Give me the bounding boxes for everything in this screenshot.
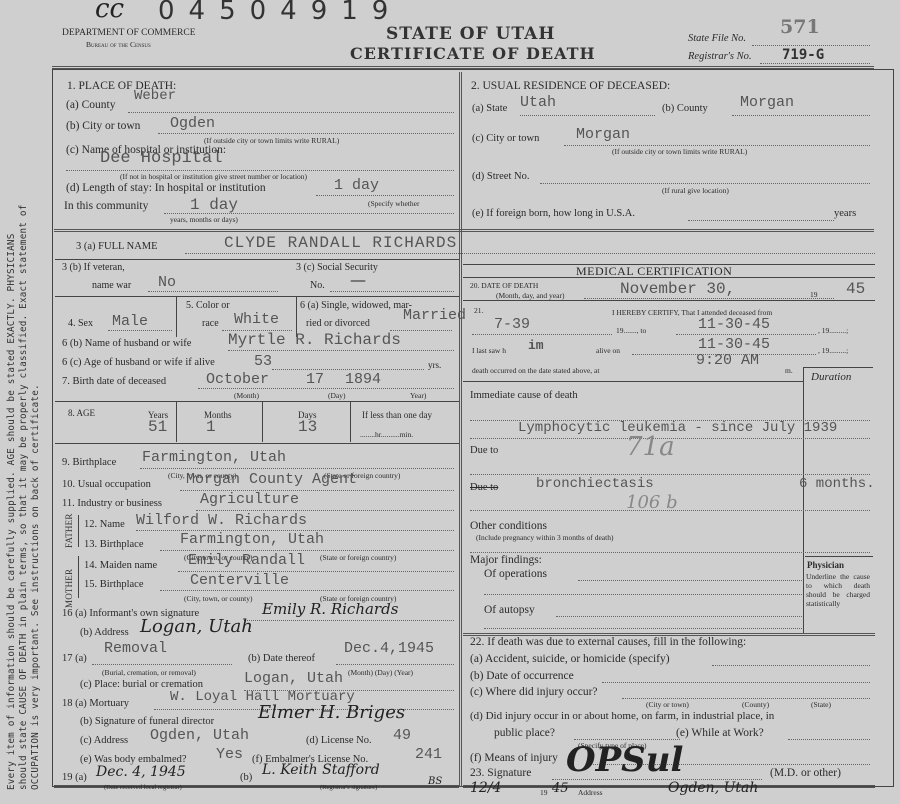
father-bracket xyxy=(78,515,79,547)
hr-min: ........hr..........min. xyxy=(360,430,413,439)
accident-label: (a) Accident, suicide, or homicide (spec… xyxy=(470,653,670,665)
registrar-line xyxy=(760,63,870,64)
vrule-duration xyxy=(803,367,804,633)
physician-box-text: Underline the cause to which death shoul… xyxy=(806,572,870,608)
alive-on-label: alive on xyxy=(596,346,620,355)
color-label: 5. Color or xyxy=(186,300,230,311)
handwritten-ref: cc xyxy=(95,0,124,24)
spouse-age-line xyxy=(272,369,424,370)
rule-duration-top xyxy=(803,367,873,368)
injury-where-label: (c) Where did injury occur? xyxy=(470,686,598,698)
res-city-label: (c) City or town xyxy=(472,133,539,144)
res-city-note: (If outside city or town limits write RU… xyxy=(612,147,747,156)
sex-label: 4. Sex xyxy=(68,318,93,329)
burial-place-value[interactable]: Logan, Utah xyxy=(244,670,343,687)
injury-city-note: (City or town) xyxy=(646,700,689,709)
community-label: In this community xyxy=(64,200,148,212)
registrar-date-label: 19 (a) xyxy=(62,772,87,783)
certify-number: 21. xyxy=(474,306,483,315)
color-value[interactable]: White xyxy=(234,311,279,328)
signature-address[interactable]: Ogden, Utah xyxy=(668,780,758,796)
mort-address-label: (c) Address xyxy=(80,735,128,746)
specify-note: (Specify whether xyxy=(368,199,419,208)
res-street-line xyxy=(540,183,870,184)
spouse-age-value[interactable]: 53 xyxy=(254,353,272,370)
res-street-note: (If rural give location) xyxy=(662,186,729,195)
hospital-value[interactable]: Dee Hospital xyxy=(100,149,222,168)
vrule-days xyxy=(350,402,351,442)
marital-label: 6 (a) Single, widowed, mar- xyxy=(300,300,412,311)
embalmed-value[interactable]: Yes xyxy=(216,746,243,763)
attended-to-line xyxy=(676,334,816,335)
hospital-line xyxy=(66,170,454,171)
disposal-note: (Burial, cremation, or removal) xyxy=(102,668,196,677)
stamped-number: 04504919 xyxy=(158,0,402,26)
state-file-label: State File No. xyxy=(688,33,746,44)
dod-year-prefix: 19 xyxy=(810,290,818,299)
vrule-years xyxy=(176,402,177,442)
full-name-line xyxy=(185,253,875,254)
spouse-line xyxy=(228,350,454,351)
res-city-line xyxy=(564,145,870,146)
mortuary-label: 18 (a) Mortuary xyxy=(62,698,129,709)
attended-from-line xyxy=(472,334,612,335)
death-time[interactable]: 9:20 AM xyxy=(696,352,759,369)
registrar-date-value[interactable]: Dec. 4, 1945 xyxy=(96,764,186,780)
disposal-line xyxy=(92,664,232,665)
res-city-value[interactable]: Morgan xyxy=(576,126,630,143)
veteran-line xyxy=(148,291,278,292)
birthplace-value[interactable]: Farmington, Utah xyxy=(142,449,286,466)
informant-address-label: (b) Address xyxy=(80,627,129,638)
industry-line xyxy=(196,510,454,511)
veteran-label2: name war xyxy=(92,280,131,291)
rule-birth xyxy=(55,401,459,402)
state-title: STATE OF UTAH xyxy=(386,24,555,44)
medical-heading: MEDICAL CERTIFICATION xyxy=(576,264,732,279)
res-county-label: (b) County xyxy=(662,103,708,114)
disposal-date-note: (Month) (Day) (Year) xyxy=(348,668,413,677)
birth-year-note: Year) xyxy=(410,391,426,400)
signature-date[interactable]: 12/4 xyxy=(470,780,501,796)
birthplace-line xyxy=(140,468,454,469)
occupation-value[interactable]: Morgan County Agent xyxy=(186,471,357,488)
duration-value-2[interactable]: 6 months. xyxy=(799,476,875,492)
vrule-sex xyxy=(176,297,177,337)
veteran-value[interactable]: No xyxy=(158,274,176,291)
informant-address[interactable]: Logan, Utah xyxy=(140,616,253,637)
means-label: (f) Means of injury xyxy=(470,752,558,764)
registrar-sig-note: (Registrar's signature) xyxy=(320,784,377,791)
state-file-number: 571 xyxy=(780,16,820,38)
color-label2: race xyxy=(202,318,219,329)
embalmer-license-value[interactable]: 241 xyxy=(415,746,442,763)
birth-line xyxy=(198,388,454,389)
spouse-age-suffix: yrs. xyxy=(428,360,441,370)
md-label: (M.D. or other) xyxy=(770,767,841,779)
occurrence-date-label: (b) Date of occurrence xyxy=(470,670,574,682)
father-birth-label: 13. Birthplace xyxy=(84,539,143,550)
birth-label: 7. Birth date of deceased xyxy=(62,376,166,387)
dod-label2: (Month, day, and year) xyxy=(496,291,564,300)
department: DEPARTMENT OF COMMERCE xyxy=(62,28,196,38)
license-value[interactable]: 49 xyxy=(393,727,411,744)
mother-birth-line xyxy=(160,590,454,591)
dod-line xyxy=(584,298,834,299)
immediate-cause-value[interactable]: Lymphocytic leukemia - since July 1939 xyxy=(518,420,837,436)
mother-name-value[interactable]: Emily Randall xyxy=(188,552,305,569)
county-value[interactable]: Weber xyxy=(134,88,176,104)
accident-line xyxy=(712,665,870,666)
community-note: years, months or days) xyxy=(170,215,238,224)
disposal-value[interactable]: Removal xyxy=(104,640,167,657)
res-county-line xyxy=(732,115,870,116)
autopsy-line xyxy=(556,616,802,617)
city-line xyxy=(158,133,454,134)
residence-heading: 2. USUAL RESIDENCE OF DECEASED: xyxy=(471,80,670,92)
signature-address-label: Address xyxy=(578,788,603,797)
ss-line xyxy=(330,291,454,292)
physician-signature[interactable]: OPSul xyxy=(566,740,683,780)
while-at-work-label: (e) While at Work? xyxy=(676,727,764,739)
director-label: (b) Signature of funeral director xyxy=(80,716,214,727)
full-name-value[interactable]: CLYDE RANDALL RICHARDS xyxy=(224,234,457,252)
due-to-line-1 xyxy=(470,474,870,475)
side-instructions-line3: OCCUPATION is very important. See instru… xyxy=(30,384,41,790)
mother-bracket xyxy=(78,556,79,598)
dod-year[interactable]: 45 xyxy=(846,280,865,298)
father-birth-line xyxy=(160,550,454,551)
rule-veteran xyxy=(55,296,459,297)
rule-name xyxy=(55,259,459,260)
birth-day-note: (Day) xyxy=(328,391,346,400)
top-rule xyxy=(52,66,874,69)
operations-line2 xyxy=(484,594,802,595)
coding-mark-1: 71a xyxy=(626,432,675,462)
other-line xyxy=(470,552,870,553)
other-conditions-note: (Include pregnancy within 3 months of de… xyxy=(476,533,613,542)
disposal-date-line xyxy=(336,664,454,665)
immediate-cause-label: Immediate cause of death xyxy=(470,390,578,401)
industry-value[interactable]: Agriculture xyxy=(200,491,299,508)
res-street-label: (d) Street No. xyxy=(472,171,529,182)
rule-death-time xyxy=(463,381,803,382)
section-rule-1 xyxy=(54,229,874,232)
res-state-value[interactable]: Utah xyxy=(520,94,556,111)
autopsy-label: Of autopsy xyxy=(484,604,535,616)
operations-line xyxy=(578,580,802,581)
hospital-note: (If not in hospital or institution give … xyxy=(120,172,307,181)
father-birthplace-value[interactable]: Farmington, Utah xyxy=(180,531,324,548)
injury-county-note: (County) xyxy=(742,700,769,709)
registrar-date-note: (Date received local registrar) xyxy=(104,784,182,791)
county-line xyxy=(128,112,454,113)
due-to-line-2 xyxy=(470,510,870,511)
birth-day[interactable]: 17 xyxy=(306,371,324,388)
duration-label: Duration xyxy=(811,371,851,383)
death-at-label: death occurred on the date stated above,… xyxy=(472,366,599,375)
attended-to-label: 19......., to xyxy=(616,326,646,335)
full-name-label: 3 (a) FULL NAME xyxy=(76,241,158,252)
signature-year-prefix: 19 xyxy=(540,788,548,797)
disposal-date-value[interactable]: Dec.4,1945 xyxy=(344,640,434,657)
age-months[interactable]: 1 xyxy=(206,418,216,436)
res-state-line xyxy=(520,115,655,116)
veteran-label: 3 (b) If veteran, xyxy=(62,262,125,273)
injury-where-line xyxy=(622,698,870,699)
license-label: (d) License No. xyxy=(306,735,372,746)
occupation-label: 10. Usual occupation xyxy=(62,479,151,490)
county-label: (a) County xyxy=(66,99,116,111)
age-label: 8. AGE xyxy=(68,408,95,418)
mother-side-label: MOTHER xyxy=(64,569,74,608)
signature-year[interactable]: 45 xyxy=(552,781,569,796)
sex-line xyxy=(108,330,172,331)
less-day-label: If less than one day xyxy=(362,410,432,420)
res-foreign-label: (e) If foreign born, how long in U.S.A. xyxy=(472,208,635,219)
stay-hospital-value[interactable]: 1 day xyxy=(334,177,379,194)
marital-value[interactable]: Married xyxy=(403,307,466,324)
attended-from[interactable]: 7-39 xyxy=(494,316,530,333)
dod-value[interactable]: November 30, xyxy=(620,280,735,298)
last-saw-label: I last saw h xyxy=(472,346,506,355)
spouse-label: 6 (b) Name of husband or wife xyxy=(62,338,191,349)
rule-dod xyxy=(463,300,875,301)
mort-address-value[interactable]: Ogden, Utah xyxy=(150,727,249,744)
state-file-line xyxy=(752,45,870,46)
age-years[interactable]: 51 xyxy=(148,418,167,436)
mother-birth-label: 15. Birthplace xyxy=(84,579,143,590)
informant-signature[interactable]: Emily R. Richards xyxy=(262,600,398,618)
operations-label: Of operations xyxy=(484,568,547,580)
side-instructions-line2: should state CAUSE OF DEATH in plain ter… xyxy=(18,204,29,790)
res-county-value[interactable]: Morgan xyxy=(740,94,794,111)
disposal-label: 17 (a) xyxy=(62,653,87,664)
city-value[interactable]: Ogden xyxy=(170,115,215,132)
city-label: (b) City or town xyxy=(66,120,140,132)
registrar-label: Registrar's No. xyxy=(688,51,752,62)
registrar-number: 719-G xyxy=(782,47,824,63)
industry-label: 11. Industry or business xyxy=(62,498,162,509)
birthplace-label: 9. Birthplace xyxy=(62,457,116,468)
mother-name-label: 14. Maiden name xyxy=(84,560,157,571)
signature-label: 23. Signature xyxy=(470,767,531,779)
public-place-label: public place? xyxy=(494,727,555,739)
physician-box-title: Physician xyxy=(807,560,844,570)
ss-value[interactable]: — xyxy=(350,270,366,289)
ss-label2: No. xyxy=(310,280,325,291)
major-findings-label: Major findings: xyxy=(470,554,542,566)
rule-physician-box xyxy=(805,556,873,557)
father-side-label: FATHER xyxy=(64,513,74,548)
dod-label: 20. DATE OF DEATH xyxy=(470,281,538,290)
center-divider xyxy=(459,72,462,787)
spouse-value[interactable]: Myrtle R. Richards xyxy=(228,331,401,349)
birth-month-note: (Month) xyxy=(234,391,259,400)
autopsy-line2 xyxy=(484,628,802,629)
alive-on-year: , 19.........; xyxy=(818,346,848,355)
birth-month[interactable]: October xyxy=(206,371,269,388)
stay-label: (d) Length of stay: In hospital or insti… xyxy=(66,182,266,194)
spouse-age-label: 6 (c) Age of husband or wife if alive xyxy=(62,357,215,368)
death-m-suffix: m. xyxy=(785,366,793,375)
due-to-value-2[interactable]: bronchiectasis xyxy=(536,476,654,492)
mother-birthplace-value[interactable]: Centerville xyxy=(190,572,289,589)
while-at-work-line xyxy=(788,739,870,740)
stay-community-value[interactable]: 1 day xyxy=(190,196,238,214)
stay-line xyxy=(316,195,454,196)
sex-value[interactable]: Male xyxy=(112,313,148,330)
registrar-sig-label: (b) xyxy=(240,772,252,783)
injury-place-label: (d) Did injury occur in or about home, o… xyxy=(470,710,774,722)
registrar-signature[interactable]: L. Keith Stafford xyxy=(262,762,380,778)
disposal-date-label: (b) Date thereof xyxy=(248,653,315,664)
last-saw-pronoun[interactable]: im xyxy=(528,338,544,353)
attended-to-year: , 19.........; xyxy=(818,326,848,335)
due-to-label-2: Due to xyxy=(470,482,498,493)
birth-year[interactable]: 1894 xyxy=(345,371,381,388)
occurrence-line xyxy=(602,682,870,683)
rule-age xyxy=(55,443,459,444)
side-instructions-line1: Every item of information should be care… xyxy=(6,233,17,790)
father-name-value[interactable]: Wilford W. Richards xyxy=(136,512,307,529)
other-conditions-label: Other conditions xyxy=(470,520,547,532)
father-state-note: (State or foreign country) xyxy=(320,553,396,562)
marital-label2: ried or divorced xyxy=(306,318,370,329)
mother-city-note: (City, town, or county) xyxy=(184,594,252,603)
informant-sig-line xyxy=(244,620,454,621)
res-state-label: (a) State xyxy=(472,103,507,114)
due-to-label-1: Due to xyxy=(470,445,498,456)
alive-on-value[interactable]: 11-30-45 xyxy=(698,336,770,353)
director-signature[interactable]: Elmer H. Briges xyxy=(258,702,405,723)
certificate-title: CERTIFICATE OF DEATH xyxy=(350,44,596,63)
bureau: Bureau of the Census xyxy=(86,40,151,49)
vrule-months xyxy=(262,402,263,442)
res-foreign-suffix: years xyxy=(834,208,856,219)
external-heading: 22. If death was due to external causes,… xyxy=(470,636,746,648)
attended-to[interactable]: 11-30-45 xyxy=(698,316,770,333)
res-foreign-line xyxy=(688,220,834,221)
age-days[interactable]: 13 xyxy=(298,418,317,436)
father-name-label: 12. Name xyxy=(84,519,125,530)
registrar-initials: BS xyxy=(428,776,442,787)
injury-state-note: (State) xyxy=(811,700,831,709)
